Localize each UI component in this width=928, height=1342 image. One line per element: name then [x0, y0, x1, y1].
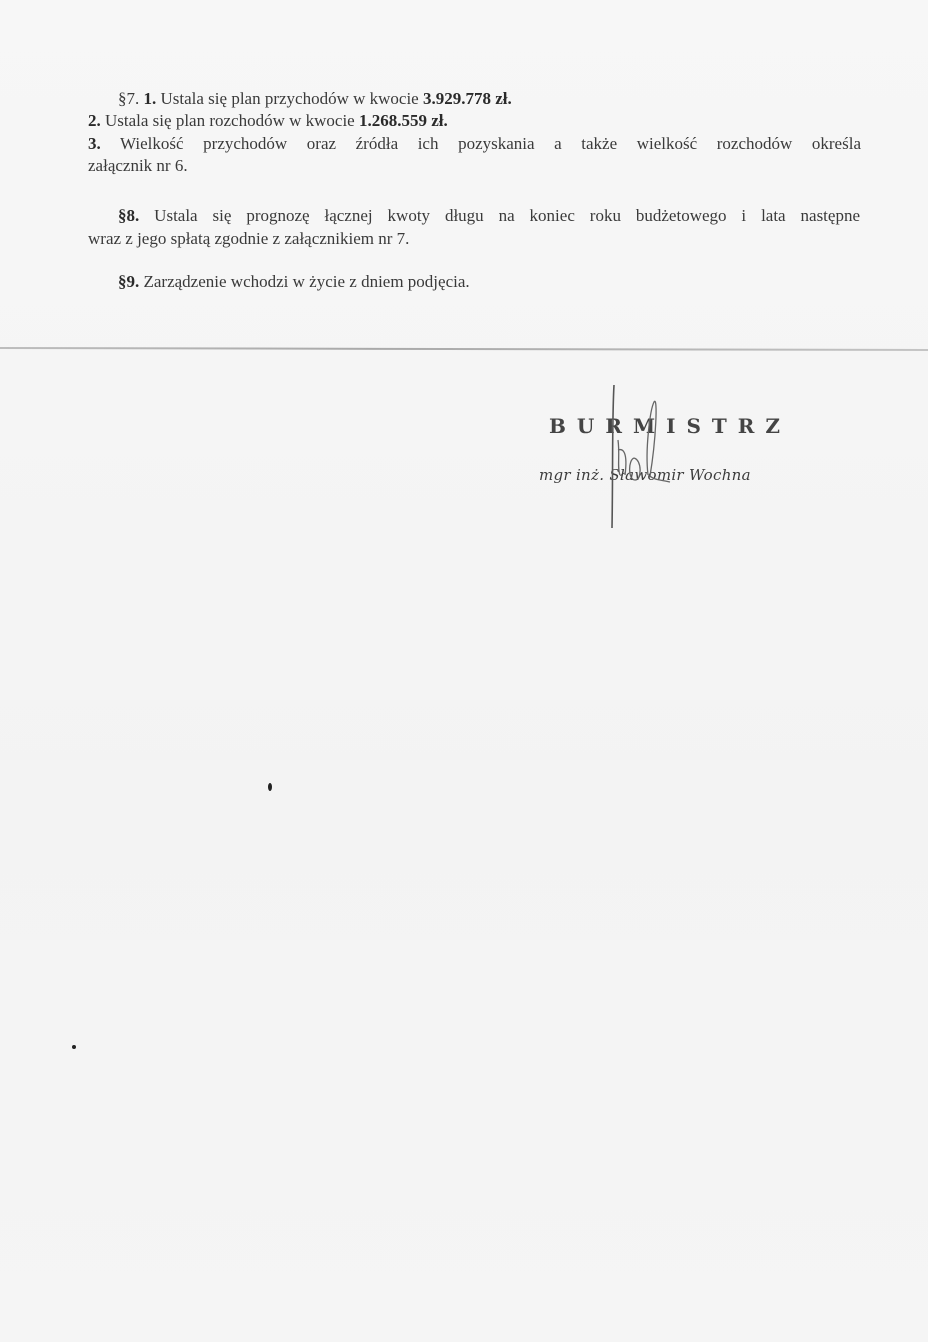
paragraph-7-item-3: 3. Wielkość przychodów oraz źródła ich p…	[88, 133, 861, 155]
item-number: 1.	[144, 89, 157, 108]
paragraph-9-line: §9. Zarządzenie wchodzi w życie z dniem …	[118, 271, 470, 293]
paper-fold-line	[0, 347, 928, 351]
item-number: 2.	[88, 111, 101, 130]
item-text: Ustala się plan rozchodów w kwocie	[105, 111, 355, 130]
handwritten-signature	[590, 380, 680, 530]
section-number: §8.	[118, 206, 139, 225]
paragraph-7-item-1: §7. 1. Ustala się plan przychodów w kwoc…	[118, 88, 512, 110]
paragraph-8-line-2: wraz z jego spłatą zgodnie z załącznikie…	[88, 228, 409, 250]
scan-speck	[72, 1045, 76, 1049]
scan-speck	[268, 783, 272, 791]
item-text: Ustala się plan przychodów w kwocie	[161, 89, 419, 108]
paragraph-text: Zarządzenie wchodzi w życie z dniem podj…	[144, 272, 470, 291]
item-text-continuation: załącznik nr 6.	[88, 155, 188, 177]
section-number: §7.	[118, 89, 139, 108]
section-number: §9.	[118, 272, 139, 291]
scanned-page: §7. 1. Ustala się plan przychodów w kwoc…	[0, 0, 928, 1342]
item-text: Wielkość przychodów oraz źródła ich pozy…	[120, 134, 861, 153]
paragraph-8-line-1: §8. Ustala się prognozę łącznej kwoty dł…	[118, 205, 860, 227]
paragraph-text: Ustala się prognozę łącznej kwoty długu …	[154, 206, 860, 225]
expenditure-amount: 1.268.559 zł.	[359, 111, 448, 130]
item-number: 3.	[88, 134, 101, 153]
paragraph-7-item-2: 2. Ustala się plan rozchodów w kwocie 1.…	[88, 110, 448, 132]
income-amount: 3.929.778 zł.	[423, 89, 512, 108]
